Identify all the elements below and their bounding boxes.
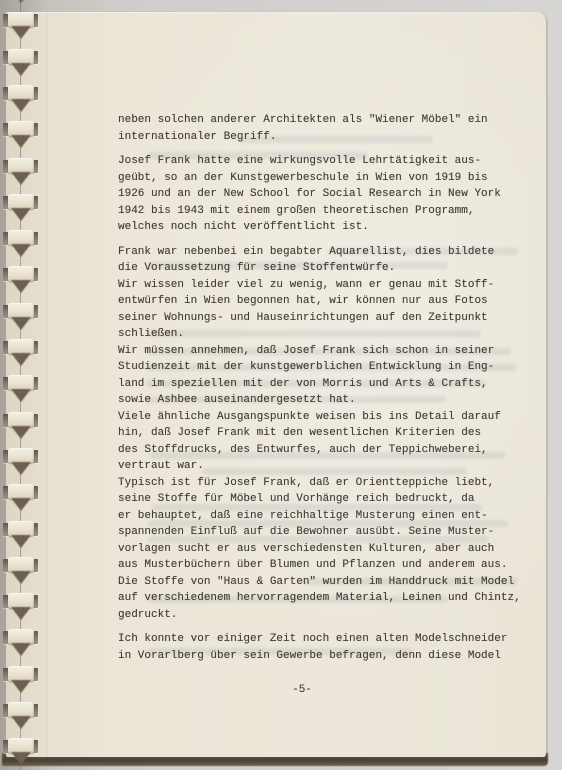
comb-seam xyxy=(20,717,21,740)
binding-ring xyxy=(0,85,44,122)
binding-ring xyxy=(0,557,44,594)
comb-seam xyxy=(20,644,21,667)
comb-seam xyxy=(20,390,21,413)
comb-seam xyxy=(20,27,21,50)
comb-finger-shadow xyxy=(11,280,31,293)
text-line: Frank war nebenbei ein begabter Aquarell… xyxy=(118,244,542,261)
comb-finger xyxy=(8,629,34,644)
text-line: seine Stoffe für Möbel und Vorhänge reic… xyxy=(118,491,542,508)
text-line: die Voraussetzung für seine Stoffentwürf… xyxy=(118,260,542,277)
text-line: Wir müssen annehmen, daß Josef Frank sic… xyxy=(118,343,542,360)
comb-seam xyxy=(20,245,21,268)
comb-seam xyxy=(20,753,21,770)
text-line: Ich konnte vor einiger Zeit noch einen a… xyxy=(118,631,542,648)
text-line: Studienzeit mit der kunstgewerblichen En… xyxy=(118,359,542,376)
comb-finger-shadow xyxy=(11,535,31,548)
text-line: Josef Frank hatte eine wirkungsvolle Leh… xyxy=(118,153,542,170)
comb-finger xyxy=(8,412,34,427)
comb-finger xyxy=(8,738,34,753)
comb-seam xyxy=(20,427,21,450)
comb-seam xyxy=(20,100,21,123)
text-line: hin, daß Josef Frank mit den wesentliche… xyxy=(118,425,542,442)
comb-finger-shadow xyxy=(11,353,31,366)
text-line: seiner Wohnungs- und Hauseinrichtungen a… xyxy=(118,310,542,327)
comb-finger-shadow xyxy=(11,99,31,112)
text-line: in Vorarlberg über sein Gewerbe befragen… xyxy=(118,648,542,665)
binding-ring xyxy=(0,375,44,412)
binding-ring xyxy=(0,521,44,558)
text-line: welches noch nicht veröffentlicht ist. xyxy=(118,219,542,236)
comb-finger xyxy=(8,666,34,681)
binding-ring xyxy=(0,629,44,666)
text-line: entwürfen in Wien begonnen hat, wir könn… xyxy=(118,293,542,310)
text-line: schließen. xyxy=(118,326,542,343)
text-block: neben solchen anderer Architekten als "W… xyxy=(118,112,542,672)
comb-finger-shadow xyxy=(11,498,31,511)
text-line: 1942 bis 1943 mit einem großen theoretis… xyxy=(118,203,542,220)
text-line: neben solchen anderer Architekten als "W… xyxy=(118,112,542,129)
comb-finger xyxy=(8,375,34,390)
comb-seam xyxy=(20,499,21,522)
comb-finger xyxy=(8,593,34,608)
comb-finger xyxy=(8,484,34,499)
binding-ring xyxy=(0,12,44,49)
comb-finger-shadow xyxy=(11,716,31,729)
binding-ring xyxy=(0,158,44,195)
binding-ring xyxy=(0,738,44,770)
paragraph: Frank war nebenbei ein begabter Aquarell… xyxy=(118,244,542,624)
comb-seam xyxy=(20,354,21,377)
binding-ring xyxy=(0,303,44,340)
comb-finger xyxy=(8,121,34,136)
comb-finger xyxy=(8,521,34,536)
comb-finger xyxy=(8,49,34,64)
text-line: Die Stoffe von "Haus & Garten" wurden im… xyxy=(118,574,542,591)
paragraph: Ich konnte vor einiger Zeit noch einen a… xyxy=(118,631,542,664)
binding-ring xyxy=(0,484,44,521)
comb-finger-shadow xyxy=(11,571,31,584)
comb-seam xyxy=(20,64,21,87)
comb-finger-shadow xyxy=(11,244,31,257)
binding-ring xyxy=(0,412,44,449)
comb-finger xyxy=(8,194,34,209)
binding-ring xyxy=(0,230,44,267)
comb-seam xyxy=(20,572,21,595)
comb-finger xyxy=(8,303,34,318)
text-line: spannenden Einfluß auf die Bewohner ausü… xyxy=(118,524,542,541)
comb-finger xyxy=(8,12,34,27)
comb-seam xyxy=(20,136,21,159)
comb-seam xyxy=(20,318,21,341)
comb-seam xyxy=(20,681,21,704)
page-number: -5- xyxy=(272,684,332,696)
comb-seam xyxy=(20,608,21,631)
binding-margin-crease xyxy=(46,12,49,757)
comb-finger xyxy=(8,230,34,245)
comb-seam xyxy=(20,463,21,486)
comb-finger-shadow xyxy=(11,26,31,39)
comb-seam xyxy=(20,209,21,232)
comb-finger xyxy=(8,85,34,100)
binding-ring xyxy=(0,0,44,13)
text-line: sowie Ashbee auseinandergesetzt hat. xyxy=(118,392,542,409)
comb-finger-shadow xyxy=(11,426,31,439)
page: neben solchen anderer Architekten als "W… xyxy=(6,12,546,757)
text-line: Typisch ist für Josef Frank, daß er Orie… xyxy=(118,475,542,492)
text-line: 1926 und an der New School for Social Re… xyxy=(118,186,542,203)
comb-finger-shadow xyxy=(11,172,31,185)
text-line: internationaler Begriff. xyxy=(118,129,542,146)
comb-seam xyxy=(20,173,21,196)
text-line: auf verschiedenem hervorragendem Materia… xyxy=(118,590,542,607)
comb-finger xyxy=(8,158,34,173)
comb-finger-shadow xyxy=(11,317,31,330)
comb-finger-shadow xyxy=(11,462,31,475)
text-line: land im speziellen mit der von Morris un… xyxy=(118,376,542,393)
paragraph: Josef Frank hatte eine wirkungsvolle Leh… xyxy=(118,153,542,236)
comb-finger-shadow xyxy=(11,389,31,402)
comb-seam xyxy=(20,281,21,304)
comb-finger xyxy=(8,339,34,354)
comb-finger xyxy=(8,702,34,717)
comb-finger-shadow xyxy=(11,680,31,693)
comb-finger xyxy=(8,266,34,281)
paragraph: neben solchen anderer Architekten als "W… xyxy=(118,112,542,145)
text-line: des Stoffdrucks, des Entwurfes, auch der… xyxy=(118,442,542,459)
comb-finger-shadow xyxy=(11,643,31,656)
text-line: Wir wissen leider viel zu wenig, wann er… xyxy=(118,277,542,294)
text-line: Viele ähnliche Ausgangspunkte weisen bis… xyxy=(118,409,542,426)
binding-ring xyxy=(0,194,44,231)
binding-ring xyxy=(0,448,44,485)
binding-ring xyxy=(0,666,44,703)
comb-finger xyxy=(8,557,34,572)
comb-seam xyxy=(20,536,21,559)
comb-finger-shadow xyxy=(11,607,31,620)
comb-finger-shadow xyxy=(11,135,31,148)
binding-ring xyxy=(0,339,44,376)
text-line: vorlagen sucht er aus verschiedensten Ku… xyxy=(118,541,542,558)
binding-ring xyxy=(0,49,44,86)
text-line: aus Musterbüchern über Blumen und Pflanz… xyxy=(118,557,542,574)
binding-ring xyxy=(0,121,44,158)
binding-ring xyxy=(0,702,44,739)
text-line: geübt, so an der Kunstgewerbeschule in W… xyxy=(118,170,542,187)
comb-finger-shadow xyxy=(11,63,31,76)
comb-binding xyxy=(0,0,46,770)
comb-finger-shadow xyxy=(11,0,31,3)
text-line: vertraut war. xyxy=(118,458,542,475)
comb-finger xyxy=(8,448,34,463)
binding-ring xyxy=(0,266,44,303)
comb-finger-shadow xyxy=(11,752,31,765)
text-line: er behauptet, daß eine reichhaltige Must… xyxy=(118,508,542,525)
binding-ring xyxy=(0,593,44,630)
comb-finger-shadow xyxy=(11,208,31,221)
scanned-document: neben solchen anderer Architekten als "W… xyxy=(0,0,562,770)
text-line: gedruckt. xyxy=(118,607,542,624)
